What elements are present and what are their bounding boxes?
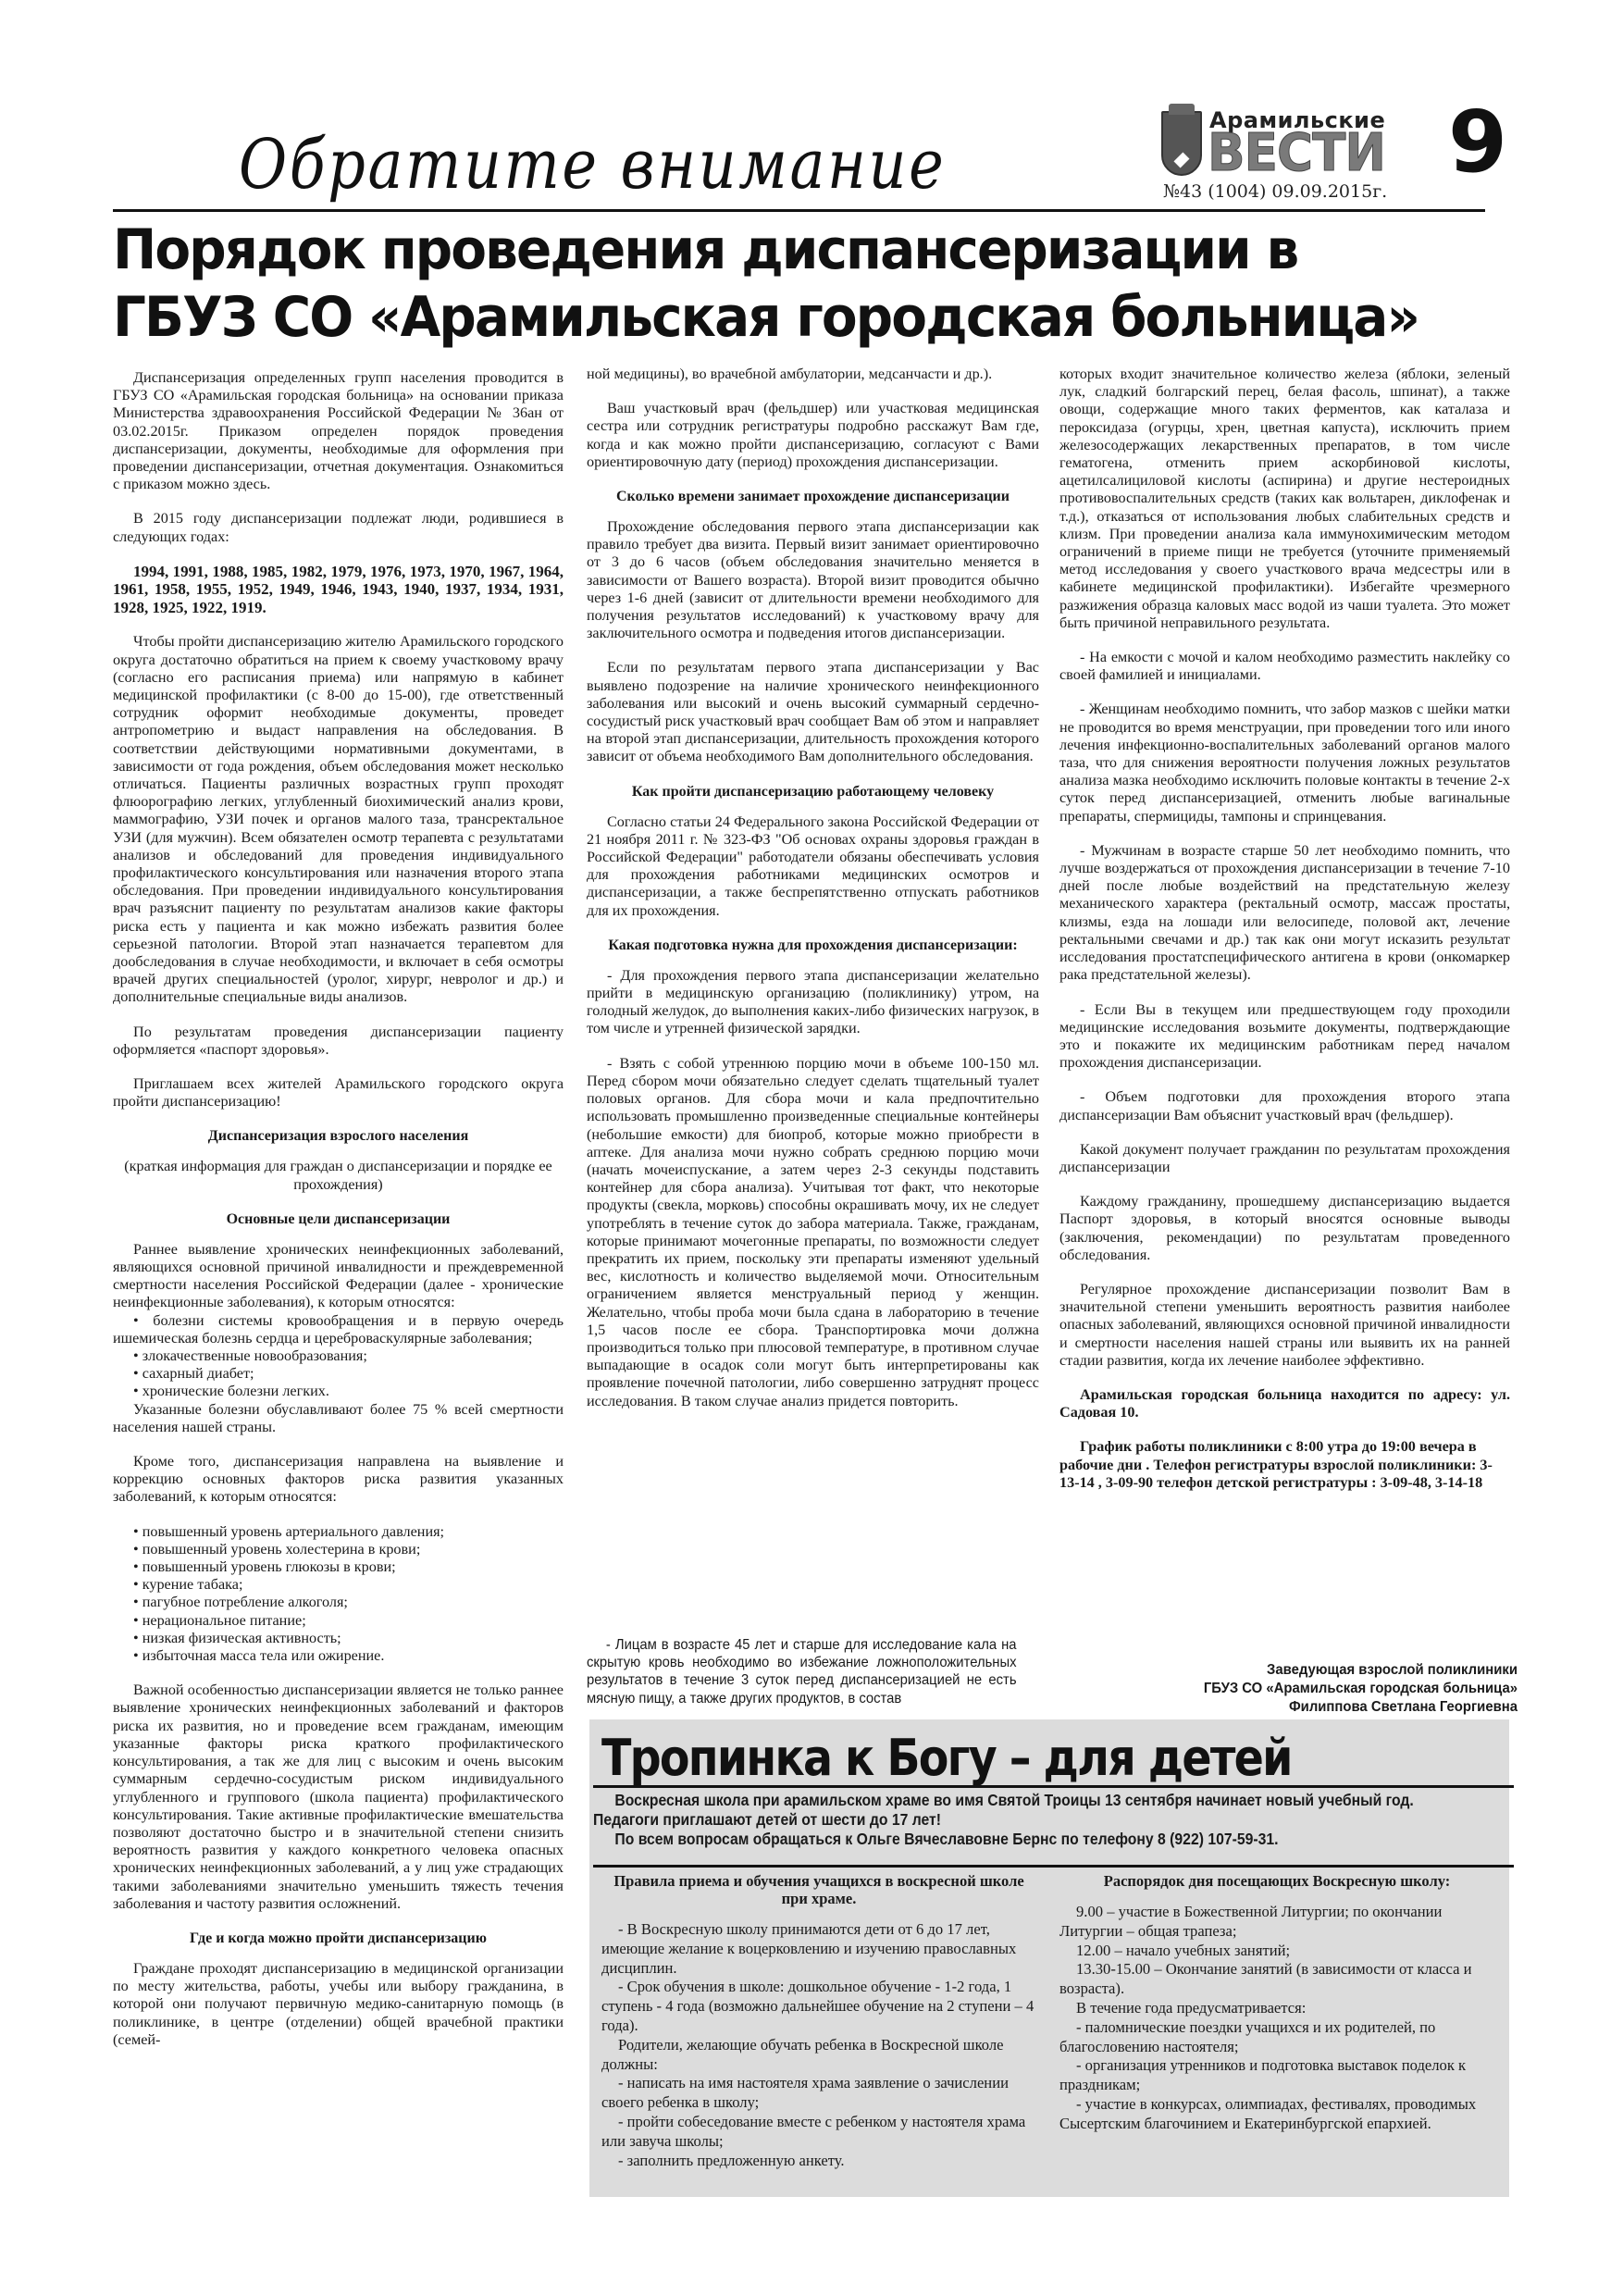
hospital-address: Арамильская городская больница находится… <box>1059 1386 1510 1421</box>
paragraph: Согласно статьи 24 Федерального закона Р… <box>587 813 1039 920</box>
paragraph: Диспансеризация определенных групп насел… <box>113 369 564 493</box>
paragraph: Ваш участковый врач (фельдшер) или участ… <box>587 400 1039 471</box>
signature-line-1: Заведующая взрослой поликлиники <box>1087 1661 1518 1680</box>
rule-line: - В Воскресную школу принимаются дети от… <box>601 1920 1036 1978</box>
article-column-2: ной медицины), во врачебной амбулатории,… <box>587 366 1039 1427</box>
box-rule-bottom <box>593 1865 1514 1868</box>
section-kicker: Обратите внимание <box>239 128 946 202</box>
schedule-line: 9.00 – участие в Божественной Литургии; … <box>1059 1903 1494 1942</box>
birth-years-list: 1994, 1991, 1988, 1985, 1982, 1979, 1976… <box>113 563 564 617</box>
admission-rules: Правила приема и обучения учащихся в вос… <box>601 1872 1036 2170</box>
coat-of-arms-icon <box>1161 111 1202 176</box>
subheading-note: (краткая информация для граждан о диспан… <box>113 1158 564 1193</box>
subheading-time: Сколько времени занимает прохождение дис… <box>587 488 1039 505</box>
issue-info: №43 (1004) 09.09.2015г. <box>1163 181 1387 202</box>
sunday-school-title: Тропинка к Богу – для детей <box>601 1728 1292 1789</box>
paragraph: Приглашаем всех жителей Арамильского гор… <box>113 1075 564 1111</box>
paragraph: Важной особенностью диспансеризации явля… <box>113 1682 564 1913</box>
paragraph: ной медицины), во врачебной амбулатории,… <box>587 366 1039 383</box>
paragraph: Чтобы пройти диспансеризацию жителю Арам… <box>113 633 564 1006</box>
list-item: низкая физическая активность; <box>113 1630 564 1647</box>
daily-schedule-heading: Распорядок дня посещающих Воскресную шко… <box>1059 1872 1494 1890</box>
box-rule-top <box>593 1785 1514 1788</box>
paragraph: - Женщинам необходимо помнить, что забор… <box>1059 701 1510 825</box>
contact-paragraph: По всем вопросам обращаться к Ольге Вяче… <box>593 1830 1426 1849</box>
logo-big-text: ВЕСТИ <box>1208 128 1385 180</box>
disease-list: болезни системы кровообращения и в перву… <box>113 1312 564 1401</box>
subheading-goals: Основные цели диспансеризации <box>113 1210 564 1228</box>
rule-line: - пройти собеседование вместе с ребенком… <box>601 2113 1036 2152</box>
subheading-where: Где и когда можно пройти диспансеризацию <box>113 1930 564 1947</box>
paragraph: - Лицам в возрасте 45 лет и старше для и… <box>587 1636 1017 1707</box>
rule-line: Родители, желающие обучать ребенка в Вос… <box>601 2036 1036 2075</box>
author-signature: Заведующая взрослой поликлиники ГБУЗ СО … <box>1087 1661 1518 1717</box>
article-column-1: Диспансеризация определенных групп насел… <box>113 369 564 2066</box>
paragraph: которых входит значительное количество ж… <box>1059 366 1510 632</box>
rule-line: - заполнить предложенную анкету. <box>601 2152 1036 2171</box>
article-column-2-bottom: - Лицам в возрасте 45 лет и старше для и… <box>587 1636 1017 1724</box>
paragraph: Кроме того, диспансеризация направлена н… <box>113 1453 564 1507</box>
newspaper-logo: Арамильские ВЕСТИ <box>1161 109 1393 192</box>
schedule-line: - паломнические поездки учащихся и их ро… <box>1059 2018 1494 2057</box>
signature-line-3: Филиппова Светлана Георгиевна <box>1087 1698 1518 1717</box>
list-item: хронические болезни легких. <box>113 1383 564 1400</box>
list-item: злокачественные новообразования; <box>113 1347 564 1365</box>
subheading-adult: Диспансеризация взрослого населения <box>113 1127 564 1145</box>
daily-schedule: Распорядок дня посещающих Воскресную шко… <box>1059 1872 1494 2134</box>
paragraph: - Если Вы в текущем или предшествующем г… <box>1059 1001 1510 1073</box>
paragraph: Раннее выявление хронических неинфекцион… <box>113 1241 564 1312</box>
paragraph: - Для прохождения первого этапа диспансе… <box>587 967 1039 1038</box>
risk-factor-list: повышенный уровень артериального давлени… <box>113 1523 564 1666</box>
list-item: избыточная масса тела или ожирение. <box>113 1647 564 1665</box>
intro-paragraph: Воскресная школа при арамильском храме в… <box>593 1791 1426 1830</box>
header-rule <box>113 209 1485 212</box>
headline-line-1: Порядок проведения диспансеризации в <box>113 217 1435 284</box>
paragraph: - Мужчинам в возрасте старше 50 лет необ… <box>1059 842 1510 985</box>
paragraph: - Взять с собой утреннюю порцию мочи в о… <box>587 1055 1039 1410</box>
article-column-3: которых входит значительное количество ж… <box>1059 366 1510 1508</box>
headline-line-2: ГБУЗ СО «Арамильская городская больница» <box>113 284 1435 352</box>
list-item: повышенный уровень артериального давлени… <box>113 1523 564 1541</box>
rule-line: - написать на имя настоятеля храма заявл… <box>601 2074 1036 2113</box>
paragraph: Прохождение обследования первого этапа д… <box>587 518 1039 642</box>
article-headline: Порядок проведения диспансеризации в ГБУ… <box>113 217 1435 352</box>
clinic-schedule: График работы поликлиники с 8:00 утра до… <box>1059 1438 1510 1492</box>
subheading-preparation: Какая подготовка нужна для прохождения д… <box>587 937 1039 954</box>
list-item: болезни системы кровообращения и в перву… <box>113 1312 564 1347</box>
list-item: повышенный уровень глюкозы в крови; <box>113 1558 564 1576</box>
admission-rules-heading: Правила приема и обучения учащихся в вос… <box>601 1872 1036 1907</box>
paragraph: Граждане проходят диспансеризацию в меди… <box>113 1960 564 2049</box>
paragraph: По результатам проведения диспансеризаци… <box>113 1024 564 1059</box>
schedule-line: 12.00 – начало учебных занятий; <box>1059 1942 1494 1961</box>
paragraph: - На емкости с мочой и калом необходимо … <box>1059 649 1510 684</box>
contact-info: Арамильская городская больница находится… <box>1059 1386 1510 1492</box>
paragraph: Указанные болезни обуславливают более 75… <box>113 1401 564 1436</box>
signature-line-2: ГБУЗ СО «Арамильская городская больница» <box>1087 1680 1518 1698</box>
list-item: пагубное потребление алкоголя; <box>113 1594 564 1611</box>
list-item: сахарный диабет; <box>113 1365 564 1383</box>
paragraph: - Объем подготовки для прохождения второ… <box>1059 1088 1510 1123</box>
list-item: курение табака; <box>113 1576 564 1594</box>
paragraph: В 2015 году диспансеризации подлежат люд… <box>113 510 564 545</box>
subheading-working: Как пройти диспансеризацию работающему ч… <box>587 783 1039 800</box>
page-number: 9 <box>1448 100 1507 185</box>
schedule-line: 13.30-15.00 – Окончание занятий (в завис… <box>1059 1960 1494 1999</box>
rule-line: - Срок обучения в школе: дошкольное обуч… <box>601 1978 1036 2035</box>
paragraph: Если по результатам первого этапа диспан… <box>587 659 1039 765</box>
list-item: повышенный уровень холестерина в крови; <box>113 1541 564 1558</box>
paragraph: Регулярное прохождение диспансеризации п… <box>1059 1281 1510 1370</box>
list-item: нерациональное питание; <box>113 1612 564 1630</box>
schedule-line: - организация утренников и подготовка вы… <box>1059 2056 1494 2095</box>
schedule-line: В течение года предусматривается: <box>1059 1999 1494 2018</box>
paragraph: Какой документ получает гражданин по рез… <box>1059 1141 1510 1176</box>
schedule-line: - участие в конкурсах, олимпиадах, фести… <box>1059 2095 1494 2134</box>
paragraph: Каждому гражданину, прошедшему диспансер… <box>1059 1193 1510 1264</box>
sunday-school-intro: Воскресная школа при арамильском храме в… <box>593 1791 1426 1849</box>
